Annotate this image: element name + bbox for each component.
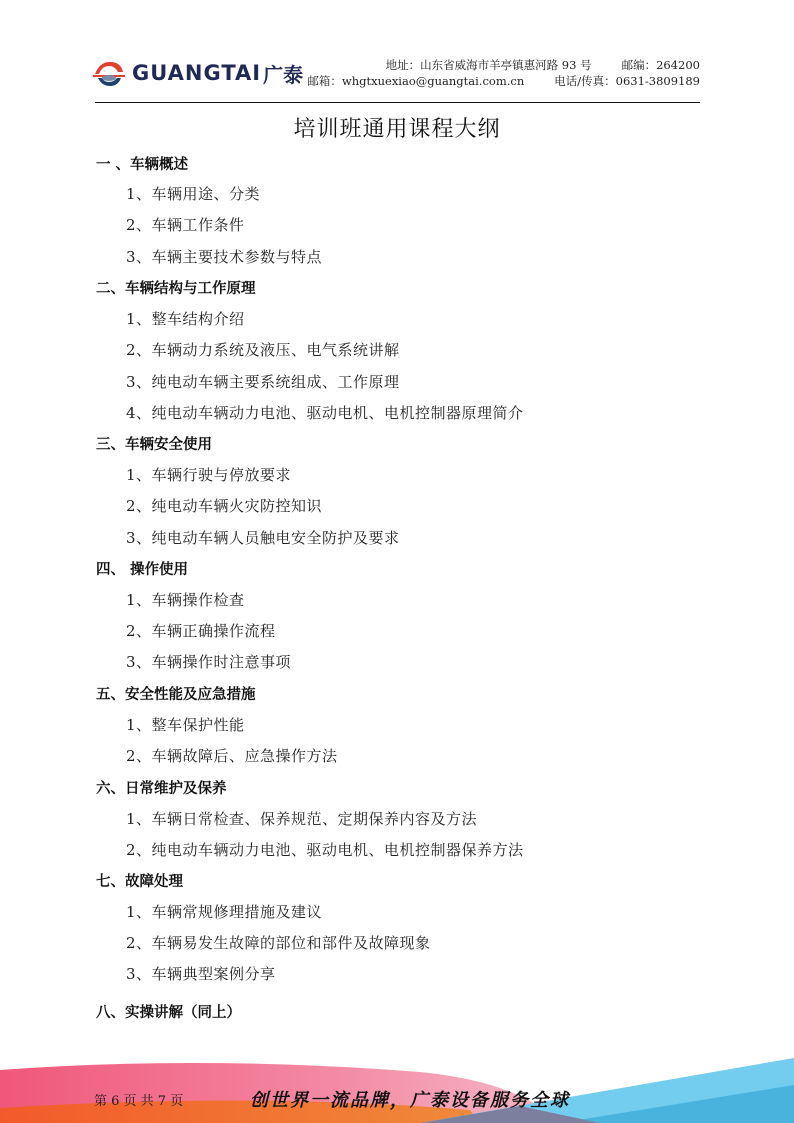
section-heading: 七、故障处理	[96, 870, 183, 891]
letterhead: GUANGTAI 广泰 地址：山东省威海市羊亭镇惠河路 93 号邮编：26420…	[0, 0, 794, 110]
section-heading: 四、 操作使用	[96, 558, 188, 579]
section-heading: 六、日常维护及保养	[96, 777, 227, 798]
guangtai-logo-icon	[92, 58, 126, 88]
list-item: 2、车辆动力系统及液压、电气系统讲解	[126, 339, 400, 360]
list-item: 1、车辆日常检查、保养规范、定期保养内容及方法	[126, 808, 477, 829]
list-item: 1、车辆用途、分类	[126, 183, 260, 204]
logo-chinese-name: 广泰	[263, 59, 303, 88]
address: 地址：山东省威海市羊亭镇惠河路 93 号	[386, 57, 592, 73]
list-item: 2、纯电动车辆火灾防控知识	[126, 495, 322, 516]
company-slogan: 创世界一流品牌，广泰设备服务全球	[250, 1086, 570, 1112]
section-heading: 二、车辆结构与工作原理	[96, 277, 256, 298]
list-item: 2、车辆易发生故障的部位和部件及故障现象	[126, 932, 431, 953]
section-heading: 五、安全性能及应急措施	[96, 683, 256, 704]
list-item: 2、车辆故障后、应急操作方法	[126, 745, 338, 766]
list-item: 3、纯电动车辆主要系统组成、工作原理	[126, 371, 400, 392]
section-heading: 三、车辆安全使用	[96, 433, 212, 454]
list-item: 1、整车结构介绍	[126, 308, 245, 329]
email: 邮箱：whgtxuexiao@guangtai.com.cn	[307, 73, 524, 89]
list-item: 1、车辆常规修理措施及建议	[126, 901, 322, 922]
list-item: 1、整车保护性能	[126, 714, 245, 735]
list-item: 4、纯电动车辆动力电池、驱动电机、电机控制器原理简介	[126, 402, 524, 423]
list-item: 1、车辆操作检查	[126, 589, 245, 610]
list-item: 2、纯电动车辆动力电池、驱动电机、电机控制器保养方法	[126, 839, 524, 860]
section-heading: 八、实操讲解（同上）	[96, 1001, 241, 1022]
header-divider	[95, 102, 700, 103]
list-item: 3、车辆典型案例分享	[126, 963, 276, 984]
list-item: 3、车辆主要技术参数与特点	[126, 246, 322, 267]
contact-line-1: 地址：山东省威海市羊亭镇惠河路 93 号邮编：264200	[386, 57, 700, 73]
logo-wordmark: GUANGTAI	[132, 61, 261, 85]
postcode: 邮编：264200	[622, 57, 700, 73]
section-heading: 一 、车辆概述	[96, 153, 188, 174]
phone-fax: 电话/传真：0631-3809189	[554, 73, 700, 89]
list-item: 2、车辆正确操作流程	[126, 620, 276, 641]
page-number: 第 6 页 共 7 页	[94, 1090, 183, 1109]
list-item: 2、车辆工作条件	[126, 214, 245, 235]
company-logo: GUANGTAI 广泰	[92, 58, 303, 88]
contact-line-2: 邮箱：whgtxuexiao@guangtai.com.cn电话/传真：0631…	[307, 73, 700, 89]
list-item: 3、车辆操作时注意事项	[126, 651, 291, 672]
list-item: 1、车辆行驶与停放要求	[126, 464, 291, 485]
document-title: 培训班通用课程大纲	[0, 112, 794, 143]
list-item: 3、纯电动车辆人员触电安全防护及要求	[126, 527, 400, 548]
